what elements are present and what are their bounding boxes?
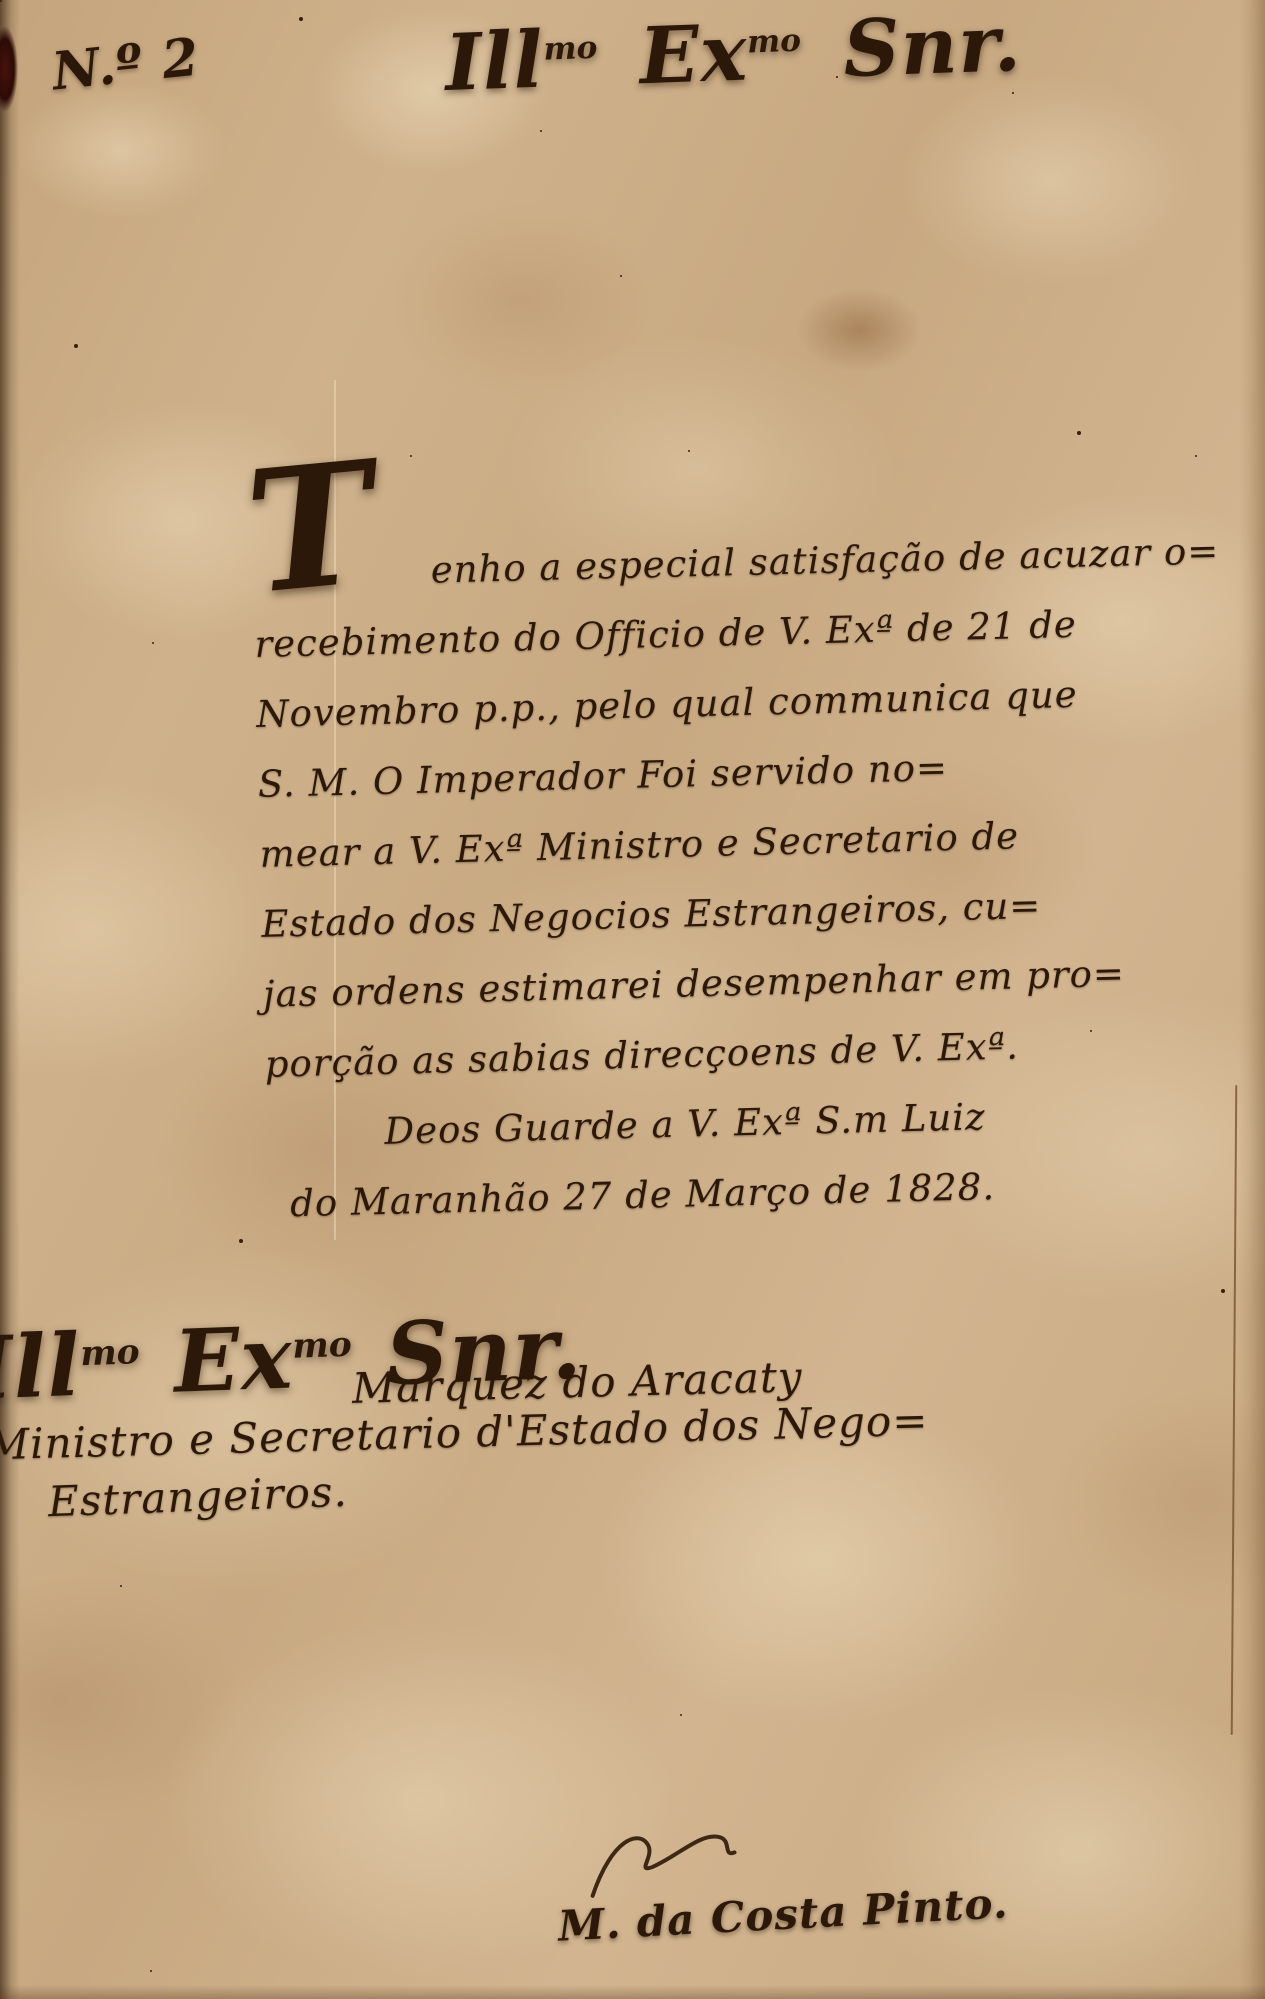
address-illmo: Ill — [0, 1315, 82, 1420]
salutation: IllmoExmoSnr. — [444, 0, 1023, 109]
signature-block: M. da Costa Pinto. — [553, 1808, 1009, 1950]
page-bottom-edge — [0, 1985, 1265, 1999]
page-gutter-edge — [0, 0, 20, 1999]
salutation-illmo-sup: mo — [543, 30, 598, 68]
addressee-title-line: Estrangeiros. — [47, 1467, 348, 1526]
initial-capital: T — [245, 487, 377, 569]
manuscript-page: N.º 2 IllmoExmoSnr. T enho a especial sa… — [0, 0, 1265, 1999]
page-right-edge — [1239, 0, 1265, 1999]
salutation-exmo: Ex — [638, 8, 749, 103]
ink-specks — [0, 0, 2, 2]
salutation-exmo-sup: mo — [747, 23, 802, 61]
address-illmo-sup: mo — [80, 1332, 141, 1374]
paper-crease — [1231, 1085, 1238, 1735]
document-number: N.º 2 — [49, 26, 202, 102]
salutation-illmo: Ill — [444, 15, 546, 109]
salutation-snr: Snr. — [842, 0, 1023, 95]
address-exmo-sup: mo — [292, 1325, 353, 1367]
corner-ink-blot — [0, 26, 18, 112]
address-exmo: Ex — [172, 1307, 294, 1412]
letter-body: T enho a especial satisfação de acuzar o… — [252, 521, 1029, 1239]
signature-rubric-flourish — [581, 1819, 794, 1900]
